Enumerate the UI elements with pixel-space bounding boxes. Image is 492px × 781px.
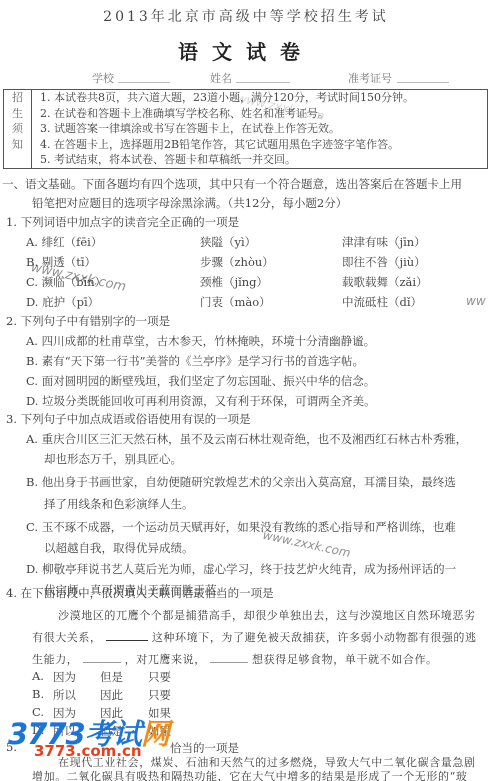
q4-option-a-letter: A. (32, 669, 44, 683)
q5-passage-line2: 增加。二氧化碳具有吸热和隔热功能，它在大气中增多的结果是形成了一个无形的“玻 (32, 768, 467, 781)
q4-option-a-word3: 只要 (148, 669, 171, 685)
q2-option-b: B. 素有“天下第一行书”美誉的《兰亭序》是学习行书的首选字帖。 (26, 353, 364, 369)
section-heading: 一、语文基础。下面各题均有四个选项，其中只有一个符合题意，选出答案后在答题卡上用 (2, 176, 462, 192)
name-field[interactable] (236, 71, 290, 83)
notice-side-label: 招 生 须 知 (4, 90, 32, 168)
q1-option-d-word3: 中流砥柱（dǐ） (342, 294, 422, 310)
notice-item: 5. 考试结束，将本试卷、答题卡和草稿纸一并交回。 (40, 152, 296, 168)
q4-option-b-word3: 只要 (148, 687, 171, 703)
q1-option-a-word2: 狭隘（yì） (200, 234, 256, 250)
q3-option-d: D. 柳敬亭拜说书艺人莫后光为师，虚心学习，终于技艺炉火纯青，成为扬州评话的一 (26, 561, 456, 577)
q1-option-b-word3: 即往不咎（jiù） (342, 254, 426, 270)
q3-option-b: B. 他出身于书画世家，自幼便随研究敦煌艺术的父亲出入莫高窟，耳濡目染，最终选 (26, 474, 456, 490)
q4-option-a-word2: 但是 (100, 669, 123, 685)
notice-item: 4. 在答题卡上，选择题用2B铅笔作答，其它试题用黑色字迹签字笔作答。 (40, 137, 399, 153)
q4-passage-line2: 有很大关系， 这种环境下，为了避免被天敌捕获，许多弱小动物都有很强的逃 (32, 629, 477, 645)
school-label: 学校 (92, 70, 114, 86)
q3-option-c-cont: 以超越自我，取得优异成绩。 (44, 540, 194, 556)
question-stem-3: 3. 下列句子中加点成语或俗语使用有误的一项是 (6, 411, 251, 427)
q1-option-a: A. 绯红（fēi） (26, 234, 102, 250)
exam-title: 2013年北京市高级中等学校招生考试 (0, 6, 492, 26)
notice-side-char: 知 (4, 137, 31, 153)
q1-option-d-word2: 门衷（mào） (200, 294, 271, 310)
q4-option-b-word2: 因此 (100, 687, 123, 703)
section-heading-cont: 铅笔把对应题目的选项字母涂黑涂满。（共12分，每小题2分） (32, 195, 347, 211)
q4-passage-text: 生能力， (32, 653, 78, 666)
q2-option-d: D. 垃圾分类既能回收可再利用资源，又有利于环保，可谓两全齐美。 (26, 393, 376, 409)
q4-passage-text: 有很大关系， (32, 631, 102, 644)
logo-cn-text-accent: 网 (141, 717, 169, 751)
q3-option-a-cont: 却也形态万千，别具匠心。 (44, 451, 182, 467)
q3-option-a: A. 重庆合川区三汇天然石林，虽不及云南石林壮观奇绝，也不及湘西红石林古朴秀雅， (26, 431, 467, 447)
name-label: 姓名 (210, 70, 232, 86)
watermark-text: ww (466, 294, 486, 308)
q1-option-c-word3: 载歌载舞（zǎi） (342, 274, 428, 290)
q4-passage-text: 想获得足够食物，单干就不如合作。 (252, 653, 438, 666)
q4-passage-line1: 沙漠地区的兀鹰个个都是捕猎高手，却很少单独出去，这与沙漠地区自然环境恶劣 (58, 607, 476, 623)
notice-side-char: 招 (4, 90, 31, 106)
q4-blank-3 (210, 652, 248, 663)
question-stem-2: 2. 下列句子中有错别字的一项是 (6, 313, 170, 329)
q2-option-c: C. 面对圆明园的断壁残垣，我们坚定了勿忘国耻、振兴中华的信念。 (26, 373, 375, 389)
q3-option-c: C. 玉不琢不成器，一个运动员天赋再好，如果没有教练的悉心指导和严格训练，也难 (26, 519, 456, 535)
exam-id-label: 准考证号 (348, 70, 392, 86)
q1-option-c-word2: 颈椎（jǐng） (200, 274, 268, 290)
exam-id-field[interactable] (397, 71, 449, 83)
q4-option-b-letter: B. (32, 687, 44, 701)
q4-passage-text: ，对兀鹰来说， (125, 653, 206, 666)
q4-blank-2 (83, 652, 121, 663)
notice-item: 1. 本试卷共8页，共六道大题，23道小题，满分120分，考试时间150分钟。 (40, 90, 414, 106)
notice-side-char: 生 (4, 106, 31, 122)
question-stem-1: 1. 下列词语中加点字的读音完全正确的一项是 (6, 214, 239, 230)
q3-option-b-cont: 择了用线条和色彩演绎人生。 (44, 496, 194, 512)
q4-option-b-word1: 所以 (53, 687, 76, 703)
q1-option-a-word3: 津津有味（jīn） (342, 234, 426, 250)
notice-item: 3. 试题答案一律填涂或书写在答题卡上，在试卷上作答无效。 (40, 121, 340, 137)
q4-passage-text: 这种环境下，为了避免被天敌捕获，许多弱小动物都有很强的逃 (152, 631, 477, 644)
site-logo-url: 3773.com.cn (34, 742, 142, 760)
paper-title: 语文试卷 (0, 36, 492, 65)
q2-option-a: A. 四川成都的杜甫草堂，古木参天，竹林掩映，环境十分清幽静谧。 (26, 333, 375, 349)
question-stem-4: 4. 在下面语段中，依次填入关联词语最恰当的一项是 (6, 585, 274, 601)
q1-option-d: D. 庇护（pī） (26, 294, 99, 310)
q4-blank-1 (106, 630, 148, 641)
q1-option-b-word2: 步骤（zhòu） (200, 254, 274, 270)
q4-option-a-word1: 因为 (53, 669, 76, 685)
school-field[interactable] (118, 71, 170, 83)
notice-side-char: 须 (4, 121, 31, 137)
q4-passage-line3: 生能力， ，对兀鹰来说， 想获得足够食物，单干就不如合作。 (32, 651, 438, 667)
